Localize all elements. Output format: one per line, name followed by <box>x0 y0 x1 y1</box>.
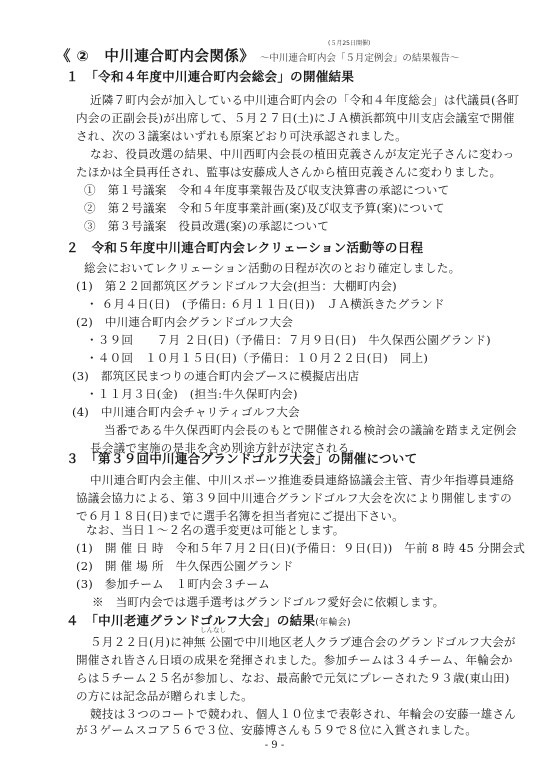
section-4-para-line: が３ゲームスコア５６で３位、安藤博さんも５９で８位に入賞されました。 <box>76 722 477 738</box>
section-4-para-line: 競技は３つのコートで競われ、個人１０位まで表彰され、年輪会の安藤一雄さん <box>90 706 516 722</box>
section-1-para-line: なお、役員改選の結果、中川西町内会長の植田克義さんが友定光子さんに変わっ <box>90 146 514 162</box>
schedule-item-4-desc: 当番である牛久保西町内会長のもとで開催される検討会の議論を踏まえ定例会 <box>104 422 517 438</box>
section-4-heading-text: ４ 「中川老連グランドゴルフ大会」の結果 <box>66 613 315 628</box>
agenda-item-3: ③ 第３号議案 役員改選(案)の承認について <box>84 218 329 234</box>
section-3-para-line: 協議会協力による、第３９回中川連合グランドゴルフ大会を次により開催しますの <box>76 490 512 506</box>
section-1-para-line: され、次の３議案はいずれも原案どおり可決承認されました。 <box>76 128 407 144</box>
event-date-time: (1) 開 催 日 時 令和５年７月２日(日)(予備日：９日(日)) 午前 8 … <box>76 540 525 556</box>
schedule-item-3-date: ・１１月３日(金) (担当:牛久保町内会) <box>86 386 298 402</box>
title-text: 《 ② 中川連合町内会関係》 <box>56 49 254 65</box>
schedule-item-1-date: ・ ６月４日(日) (予備日: ６月１１日(日)) ＪＡ横浜きたグランド <box>86 296 445 312</box>
meeting-date-note: (５月25日開催) <box>328 40 370 47</box>
section-4-para-line: の方には記念品が贈られました。 <box>76 688 253 704</box>
event-teams: (3) 参加チーム １町内会３チーム <box>76 576 270 592</box>
section-3-para-line: なお、当日１～２名の選手変更は可能とします。 <box>86 522 345 538</box>
page-number: - 9 - <box>0 740 549 751</box>
schedule-item-3: (3) 都筑区民まつりの連合町内会ブースに模擬店出店 <box>72 368 359 384</box>
schedule-item-4: (4) 中川連合町内会チャリティゴルフ大会 <box>72 404 300 420</box>
section-1-para-line: 近隣７町内会が加入している中川連合町内会の「令和４年度総会」は代議員(各町 <box>90 92 519 108</box>
section-4-heading-note: (年輪会) <box>315 618 351 628</box>
schedule-item-1: (1) 第２２回都筑区グランドゴルフ大会(担当：大棚町内会) <box>76 278 397 294</box>
event-note: ※ 当町内会では選手選考はグランドゴルフ愛好会に依頼します。 <box>92 594 444 610</box>
section-1-para-line: たほかは全員再任され、監事は安藤成人さんから植田克義さんに変わりました。 <box>76 164 501 180</box>
schedule-item-2-date-40: ・４０回 １０月１５日(日)（予備日：１０月２２日(日) 同上) <box>86 350 428 366</box>
title-subtitle: ～中川連合町内会「５月定例会」の結果報告～ <box>260 53 460 64</box>
section-1-heading: １ 「令和４年度中川連合町内会総会」の開催結果 <box>66 69 354 85</box>
page-title: 《 ② 中川連合町内会関係》 ～中川連合町内会「５月定例会」の結果報告～ <box>56 47 459 69</box>
schedule-item-2-date-39: ・３９回 ７月 ２日(日)（予備日：７月９日(日) 牛久保西公園グランド) <box>86 332 491 348</box>
schedule-item-2: (2) 中川連合町内会グランドゴルフ大会 <box>76 314 293 330</box>
ruby-shinnashi: しんなし <box>200 627 226 634</box>
section-4-para-line: ５月２２日(月)に神無 公園で中川地区老人クラブ連合会のグランドゴルフ大会が <box>90 634 516 650</box>
agenda-item-2: ② 第２号議案 令和５年度事業計画(案)及び収支予算(案)について <box>84 200 445 216</box>
section-2-intro: 総会においてレクリェーション活動の日程が次のとおり確定しました。 <box>84 260 460 276</box>
section-2-heading: ２ 令和５年度中川連合町内会レクリェーション活動等の日程 <box>66 240 423 256</box>
event-venue: (2) 開 催 場 所 牛久保西公園グランド <box>76 558 293 574</box>
section-4-para-line: 開催され皆さん日頃の成果を発揮されました。参加チームは３４チーム、年輪会か <box>76 652 513 668</box>
agenda-item-1: ① 第１号議案 令和４年度事業報告及び収支決算書の承認について <box>84 182 449 198</box>
section-4-para-line: らは５チーム２５名が参加し、なお、最高齢で元気にプレーされた９３歳(東山田) <box>76 670 510 686</box>
section-1-para-line: 内会の正副会長)が出席して、５月２７日(土)にＪＡ横浜都筑中川支店会議室で開催 <box>76 110 515 126</box>
section-3-para-line: 中川連合町内会主催、中川スポーツ推進委員連絡協議会主管、青少年指導員連絡 <box>90 472 514 488</box>
section-3-heading: ３ 「第３９回中川連合グランドゴルフ大会」の開催について <box>66 451 417 467</box>
